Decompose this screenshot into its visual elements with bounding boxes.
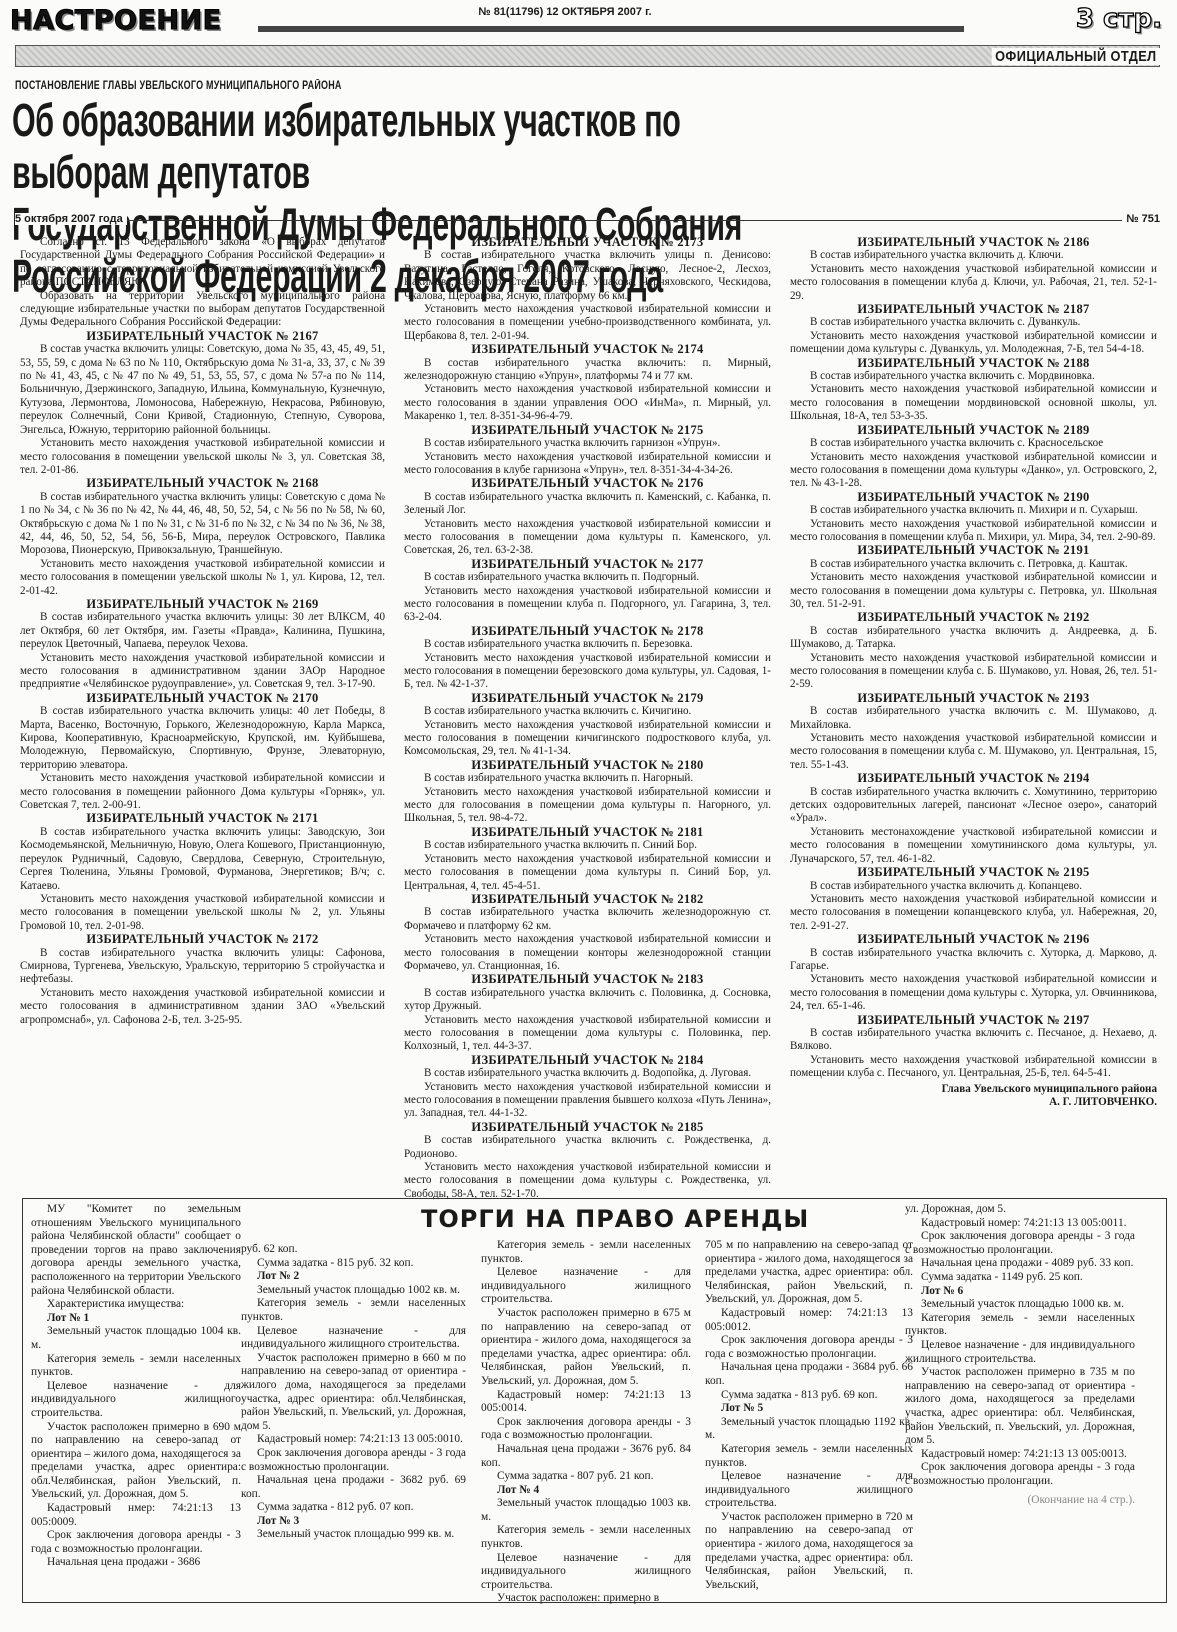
- auction-paragraph: Начальная цена продажи - 4089 руб. 33 ко…: [905, 1257, 1135, 1271]
- precinct-heading: ИЗБИРАТЕЛЬНЫЙ УЧАСТОК № 2183: [404, 973, 771, 986]
- precinct-composition: В состав избирательного участка включить…: [20, 826, 385, 893]
- auction-paragraph: Участок расположен: примерно в: [481, 1592, 691, 1606]
- auction-paragraph: Целевое назначение - для индивидуального…: [705, 1470, 913, 1511]
- auction-paragraph: Характеристика имущества:: [31, 1298, 241, 1312]
- auction-paragraph: руб. 62 коп.: [241, 1243, 466, 1257]
- lot-heading: Лот № 3: [241, 1515, 466, 1529]
- precinct-heading: ИЗБИРАТЕЛЬНЫЙ УЧАСТОК № 2193: [790, 692, 1157, 705]
- auction-paragraph: Сумма задатка - 807 руб. 21 коп.: [481, 1470, 691, 1484]
- lot-heading: Лот № 4: [481, 1484, 691, 1498]
- precinct-heading: ИЗБИРАТЕЛЬНЫЙ УЧАСТОК № 2190: [790, 491, 1157, 504]
- precinct-heading: ИЗБИРАТЕЛЬНЫЙ УЧАСТОК № 2195: [790, 866, 1157, 879]
- precinct-composition: В состав избирательного участка включить…: [20, 705, 385, 772]
- precinct-location: Установить место нахождения участковой и…: [790, 451, 1157, 491]
- precinct-location: Установить место нахождения участковой и…: [404, 451, 771, 478]
- precinct-heading: ИЗБИРАТЕЛЬНЫЙ УЧАСТОК № 2185: [404, 1121, 771, 1134]
- precinct-location: Установить место нахождения участковой и…: [790, 893, 1157, 933]
- auction-paragraph: Участок расположен примерно в 720 м по н…: [705, 1511, 913, 1593]
- newspaper-logo: НАСТРОЕНИЕ: [10, 6, 222, 36]
- intro-paragraph: Образовать на территории Увельского муни…: [20, 290, 385, 330]
- auction-paragraph: Категория земель - земли населенных пунк…: [31, 1353, 241, 1380]
- precinct-heading: ИЗБИРАТЕЛЬНЫЙ УЧАСТОК № 2173: [404, 236, 771, 249]
- auction-paragraph: Участок расположен примерно в 675 м по н…: [481, 1307, 691, 1389]
- auction-paragraph: Участок расположен примерно в 735 м по н…: [905, 1366, 1135, 1448]
- auction-paragraph: Целевое назначение - для индивидуального…: [481, 1266, 691, 1307]
- precinct-composition: В состав избирательного участка включить…: [790, 316, 1157, 329]
- dateline-rule: [15, 220, 1160, 221]
- auction-paragraph: Земельный участок площадью 1002 кв. м.: [241, 1284, 466, 1298]
- section-band: ОФИЦИАЛЬНЫЙ ОТДЕЛ: [15, 45, 1160, 67]
- decree-number: № 751: [1122, 213, 1160, 225]
- precinct-heading: ИЗБИРАТЕЛЬНЫЙ УЧАСТОК № 2196: [790, 933, 1157, 946]
- auction-paragraph: Срок заключения договора аренды - 3 года…: [705, 1334, 913, 1361]
- signature-name: А. Г. ЛИТОВЧЕНКО.: [790, 1096, 1157, 1109]
- auction-paragraph: Земельный участок площадью 1192 кв. м.: [705, 1416, 913, 1443]
- continued-note: (Окончание на 4 стр.).: [905, 1494, 1135, 1508]
- precinct-location: Установить место нахождения участковой и…: [404, 719, 771, 759]
- auction-paragraph: ул. Дорожная, дом 5.: [905, 1203, 1135, 1217]
- auction-col5-body: ул. Дорожная, дом 5.Кадастровый номер: 7…: [905, 1203, 1135, 1488]
- precinct-heading: ИЗБИРАТЕЛЬНЫЙ УЧАСТОК № 2176: [404, 477, 771, 490]
- precinct-location: Установить место нахождения участковой и…: [20, 652, 385, 692]
- auction-paragraph: Категория земель - земли населенных пунк…: [905, 1312, 1135, 1339]
- masthead: НАСТРОЕНИЕ № 81(11796) 12 ОКТЯБРЯ 2007 г…: [10, 6, 1170, 36]
- auction-paragraph: Срок заключения договора аренды - 3 года…: [905, 1230, 1135, 1257]
- lot-heading: Лот № 2: [241, 1270, 466, 1284]
- precinct-composition: В состав избирательного участка включить…: [404, 437, 771, 450]
- precinct-location: Установить место нахождения участковой и…: [404, 585, 771, 625]
- dateline: 5 октября 2007 года № 751: [15, 213, 1160, 227]
- auction-notice: ТОРГИ НА ПРАВО АРЕНДЫ МУ "Комитет по зем…: [22, 1198, 1167, 1603]
- auction-paragraph: Начальная цена продажи - 3684 руб. 66 ко…: [705, 1361, 913, 1388]
- auction-paragraph: Кадастровый нмер: 74:21:13 13 005:0009.: [31, 1502, 241, 1529]
- precinct-composition: В состав избирательного участка включить…: [790, 437, 1157, 450]
- precinct-heading: ИЗБИРАТЕЛЬНЫЙ УЧАСТОК № 2170: [20, 692, 385, 705]
- precinct-composition: В состав избирательного участка включить…: [404, 772, 771, 785]
- precinct-location: Установить место нахождения участковой и…: [790, 330, 1157, 357]
- auction-paragraph: Срок заключения договора аренды - 3 года…: [905, 1461, 1135, 1488]
- precinct-heading: ИЗБИРАТЕЛЬНЫЙ УЧАСТОК № 2178: [404, 625, 771, 638]
- precinct-location: Установить место нахождения участковой и…: [404, 853, 771, 893]
- precinct-location: Установить место нахождения участковой и…: [790, 571, 1157, 611]
- auction-paragraph: Категория земель - земли населенных пунк…: [481, 1239, 691, 1266]
- precinct-location: Установить место нахождения участковой и…: [790, 973, 1157, 1013]
- auction-paragraph: Сумма задатка - 812 руб. 07 коп.: [241, 1501, 466, 1515]
- precinct-location: Установить место нахождения участковой и…: [790, 383, 1157, 423]
- auction-paragraph: Начальная цена продажи - 3682 руб. 69 ко…: [241, 1474, 466, 1501]
- precinct-location: Установить место нахождения участковой и…: [790, 1054, 1157, 1081]
- precinct-heading: ИЗБИРАТЕЛЬНЫЙ УЧАСТОК № 2197: [790, 1014, 1157, 1027]
- auction-paragraph: Начальная цена продажи - 3676 руб. 84 ко…: [481, 1443, 691, 1470]
- auction-paragraph: Целевое назначение - для индивидуального…: [481, 1552, 691, 1593]
- lot-heading: Лот № 1: [31, 1312, 241, 1326]
- article-column-2: ИЗБИРАТЕЛЬНЫЙ УЧАСТОК № 2173В состав изб…: [404, 236, 771, 1201]
- auction-paragraph: Кадастровый номер: 74:21:13 13 005:0013.: [905, 1448, 1135, 1462]
- precinct-heading: ИЗБИРАТЕЛЬНЫЙ УЧАСТОК № 2186: [790, 236, 1157, 249]
- auction-paragraph: Кадастровый номер: 74:21:13 13 005:0010.: [241, 1433, 466, 1447]
- precinct-composition: В состав избирательного участка включить…: [404, 987, 771, 1014]
- precinct-location: Установить место нахождения участковой и…: [404, 933, 771, 973]
- precinct-composition: В состав избирательного участка включить…: [404, 1067, 771, 1080]
- precinct-composition: В состав избирательного участка включить…: [404, 906, 771, 933]
- precinct-composition: В состав избирательного участка включить…: [790, 249, 1157, 262]
- precinct-composition: В состав избирательного участка включить…: [404, 491, 771, 518]
- precinct-heading: ИЗБИРАТЕЛЬНЫЙ УЧАСТОК № 2174: [404, 343, 771, 356]
- precinct-location: Установить место нахождения участковой и…: [404, 383, 771, 423]
- lot-heading: Лот № 6: [905, 1285, 1135, 1299]
- precinct-composition: В состав участка включить улицы: Советск…: [20, 343, 385, 437]
- decree-date: 5 октября 2007 года: [15, 213, 127, 225]
- auction-column-2: руб. 62 коп.Сумма задатка - 815 руб. 32 …: [241, 1243, 466, 1542]
- precinct-location: Установить место нахождения участковой и…: [20, 437, 385, 477]
- auction-column-1: МУ "Комитет по земельным отношениям Увел…: [31, 1203, 241, 1570]
- auction-paragraph: Сумма задатка - 815 руб. 32 коп.: [241, 1257, 466, 1271]
- precinct-list: ИЗБИРАТЕЛЬНЫЙ УЧАСТОК № 2173В состав изб…: [404, 236, 771, 1201]
- precinct-location: Установить место нахождения участковой и…: [404, 518, 771, 558]
- auction-column-5: ул. Дорожная, дом 5.Кадастровый номер: 7…: [905, 1203, 1135, 1508]
- intro-paragraph: Согласно ст. 13 Федерального закона «О в…: [20, 236, 385, 290]
- auction-paragraph: Земельный участок площадью 1004 кв. м.: [31, 1325, 241, 1352]
- precinct-location: Установить место нахождения участковой и…: [20, 772, 385, 812]
- masthead-rule: [258, 26, 964, 32]
- precinct-location: Установить место нахождения участковой и…: [790, 263, 1157, 303]
- auction-paragraph: Сумма задатка - 813 руб. 69 коп.: [705, 1389, 913, 1403]
- precinct-heading: ИЗБИРАТЕЛЬНЫЙ УЧАСТОК № 2169: [20, 598, 385, 611]
- auction-paragraph: Категория земель - земли населенных пунк…: [481, 1524, 691, 1551]
- signature: Глава Увельского муниципального района А…: [790, 1083, 1157, 1110]
- precinct-heading: ИЗБИРАТЕЛЬНЫЙ УЧАСТОК № 2187: [790, 303, 1157, 316]
- issue-info: № 81(11796) 12 ОКТЯБРЯ 2007 г.: [255, 6, 875, 18]
- precinct-location: Установить место нахождения участковой и…: [20, 893, 385, 933]
- precinct-location: Установить место нахождения участковой и…: [404, 303, 771, 343]
- precinct-location: Установить место нахождения участковой и…: [404, 1014, 771, 1054]
- precinct-heading: ИЗБИРАТЕЛЬНЫЙ УЧАСТОК № 2181: [404, 826, 771, 839]
- precinct-heading: ИЗБИРАТЕЛЬНЫЙ УЧАСТОК № 2171: [20, 812, 385, 825]
- precinct-composition: В состав избирательного участка включить…: [790, 880, 1157, 893]
- precinct-location: Установить место нахождения участковой и…: [20, 558, 385, 598]
- precinct-location: Установить место нахождения участковой и…: [404, 1081, 771, 1121]
- article-kicker: ПОСТАНОВЛЕНИЕ ГЛАВЫ УВЕЛЬСКОГО МУНИЦИПАЛ…: [15, 80, 342, 92]
- precinct-location: Установить место нахождения участковой и…: [404, 1161, 771, 1201]
- precinct-list: ИЗБИРАТЕЛЬНЫЙ УЧАСТОК № 2167В состав уча…: [20, 330, 385, 1027]
- precinct-heading: ИЗБИРАТЕЛЬНЫЙ УЧАСТОК № 2184: [404, 1054, 771, 1067]
- auction-paragraph: Срок заключения договора аренды - 3 года…: [31, 1529, 241, 1556]
- precinct-heading: ИЗБИРАТЕЛЬНЫЙ УЧАСТОК № 2168: [20, 477, 385, 490]
- article-column-3: ИЗБИРАТЕЛЬНЫЙ УЧАСТОК № 2186В состав изб…: [790, 236, 1157, 1109]
- precinct-location: Установить место нахождения участковой и…: [790, 732, 1157, 772]
- section-label: ОФИЦИАЛЬНЫЙ ОТДЕЛ: [992, 48, 1160, 65]
- precinct-heading: ИЗБИРАТЕЛЬНЫЙ УЧАСТОК № 2192: [790, 611, 1157, 624]
- auction-paragraph: Земельный участок площадью 1003 кв. м.: [481, 1497, 691, 1524]
- auction-paragraph: Земельный участок площадью 999 кв. м.: [241, 1528, 466, 1542]
- precinct-composition: В состав избирательного участка включить…: [790, 947, 1157, 974]
- precinct-heading: ИЗБИРАТЕЛЬНЫЙ УЧАСТОК № 2180: [404, 759, 771, 772]
- precinct-location: Установить место нахождения участковой и…: [404, 652, 771, 692]
- auction-paragraph: Целевое назначение - для индивидуального…: [241, 1325, 466, 1352]
- precinct-composition: В состав избирательного участка включить…: [790, 705, 1157, 732]
- page-number: 3 стр.: [1076, 4, 1162, 34]
- precinct-heading: ИЗБИРАТЕЛЬНЫЙ УЧАСТОК № 2172: [20, 933, 385, 946]
- auction-paragraph: Целевое назначение - для индивидуального…: [31, 1380, 241, 1421]
- precinct-heading: ИЗБИРАТЕЛЬНЫЙ УЧАСТОК № 2188: [790, 357, 1157, 370]
- precinct-composition: В состав избирательного участка включить…: [404, 638, 771, 651]
- precinct-composition: В состав избирательного участка включить…: [790, 558, 1157, 571]
- precinct-heading: ИЗБИРАТЕЛЬНЫЙ УЧАСТОК № 2167: [20, 330, 385, 343]
- precinct-composition: В состав избирательного участка включить…: [790, 625, 1157, 652]
- auction-paragraph: Категория земель - земли населенных пунк…: [705, 1443, 913, 1470]
- precinct-composition: В состав избирательного участка включить…: [790, 370, 1157, 383]
- headline-line-1: Об образовании избирательных участков по…: [12, 94, 804, 198]
- precinct-composition: В состав избирательного участка включить…: [404, 1134, 771, 1161]
- auction-paragraph: Сумма задатка - 1149 руб. 25 коп.: [905, 1271, 1135, 1285]
- precinct-location: Установить место нахождения участковой и…: [790, 652, 1157, 692]
- auction-paragraph: Земельный участок площадью 1000 кв. м.: [905, 1298, 1135, 1312]
- precinct-list: ИЗБИРАТЕЛЬНЫЙ УЧАСТОК № 2186В состав изб…: [790, 236, 1157, 1081]
- auction-paragraph: Срок заключения договора аренды - 3 года…: [481, 1416, 691, 1443]
- auction-paragraph: Целевое назначение - для индивидуального…: [905, 1339, 1135, 1366]
- precinct-heading: ИЗБИРАТЕЛЬНЫЙ УЧАСТОК № 2175: [404, 424, 771, 437]
- auction-paragraph: Участок расположен примерно в 660 м по н…: [241, 1352, 466, 1434]
- precinct-composition: В состав избирательного участка включить…: [404, 839, 771, 852]
- precinct-composition: В состав избирательного участка включить…: [20, 491, 385, 558]
- precinct-heading: ИЗБИРАТЕЛЬНЫЙ УЧАСТОК № 2182: [404, 893, 771, 906]
- precinct-composition: В состав избирательного участка включить…: [790, 1027, 1157, 1054]
- auction-paragraph: Кадастровый номер: 74:21:13 13 005:0014.: [481, 1389, 691, 1416]
- precinct-heading: ИЗБИРАТЕЛЬНЫЙ УЧАСТОК № 2194: [790, 772, 1157, 785]
- precinct-composition: В состав избирательного участка включить…: [404, 357, 771, 384]
- precinct-composition: В состав избирательного участка включить…: [790, 786, 1157, 826]
- precinct-heading: ИЗБИРАТЕЛЬНЫЙ УЧАСТОК № 2189: [790, 424, 1157, 437]
- auction-paragraph: Кадастровый номер: 74:21:13 13 005:0011.: [905, 1217, 1135, 1231]
- precinct-location: Установить местонахождение участковой из…: [790, 826, 1157, 866]
- signature-title: Глава Увельского муниципального района: [790, 1083, 1157, 1096]
- precinct-location: Установить место нахождения участковой и…: [20, 987, 385, 1027]
- precinct-composition: В состав избирательного участка включить…: [404, 249, 771, 303]
- auction-column-3: Категория земель - земли населенных пунк…: [481, 1239, 691, 1606]
- auction-paragraph: Участок расположен примерно в 690 м по н…: [31, 1421, 241, 1503]
- auction-paragraph: Категория земель - земли населенных пунк…: [241, 1297, 466, 1324]
- precinct-heading: ИЗБИРАТЕЛЬНЫЙ УЧАСТОК № 2191: [790, 544, 1157, 557]
- precinct-composition: В состав избирательного участка включить…: [20, 947, 385, 987]
- lot-heading: Лот № 5: [705, 1402, 913, 1416]
- precinct-heading: ИЗБИРАТЕЛЬНЫЙ УЧАСТОК № 2177: [404, 558, 771, 571]
- precinct-composition: В состав избирательного участка включить…: [404, 705, 771, 718]
- precinct-composition: В состав избирательного участка включить…: [20, 611, 385, 651]
- auction-paragraph: МУ "Комитет по земельным отношениям Увел…: [31, 1203, 241, 1298]
- precinct-composition: В состав избирательного участка включить…: [404, 571, 771, 584]
- precinct-composition: В состав избирательного участка включить…: [790, 504, 1157, 517]
- auction-paragraph: Срок заключения договора аренды - 3 года…: [241, 1447, 466, 1474]
- auction-title: ТОРГИ НА ПРАВО АРЕНДЫ: [421, 1205, 809, 1233]
- precinct-location: Установить место нахождения участковой и…: [790, 518, 1157, 545]
- auction-paragraph: Начальная цена продажи - 3686: [31, 1556, 241, 1570]
- auction-paragraph: Кадастровый номер: 74:21:13 13 005:0012.: [705, 1307, 913, 1334]
- article-column-1: Согласно ст. 13 Федерального закона «О в…: [20, 236, 385, 1027]
- auction-paragraph: 705 м по направлению на северо-запад от …: [705, 1239, 913, 1307]
- precinct-heading: ИЗБИРАТЕЛЬНЫЙ УЧАСТОК № 2179: [404, 692, 771, 705]
- precinct-location: Установить место нахождения участковой и…: [404, 786, 771, 826]
- auction-column-4: 705 м по направлению на северо-запад от …: [705, 1239, 913, 1592]
